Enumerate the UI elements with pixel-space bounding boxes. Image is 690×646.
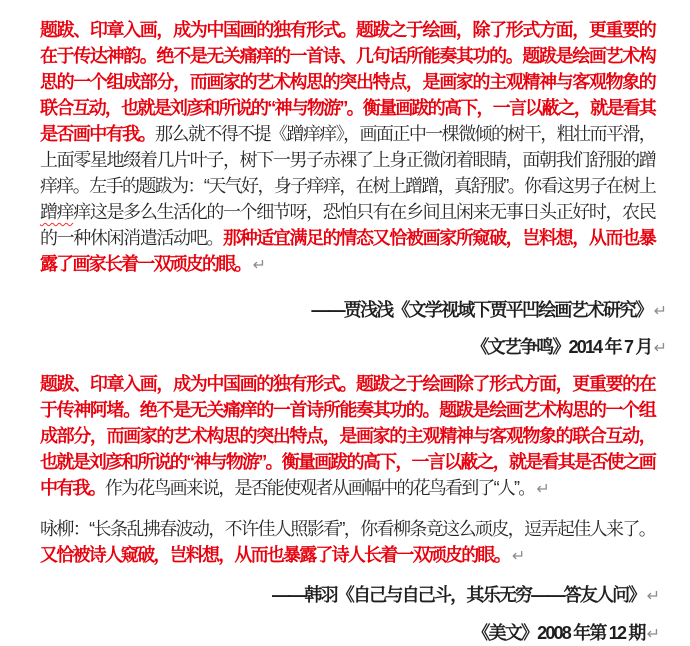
paragraph-mark-icon: ↵ <box>534 481 549 498</box>
paragraph-mark-icon: ↵ <box>652 340 667 357</box>
citation-source-line-2: 《美文》2008 年第 12 期↵ <box>40 620 660 646</box>
citation-text: ——贾浅浅《文学视域下贾平凹绘画艺术研究》 <box>311 300 651 320</box>
red-emphasis-run: 又恰被诗人窥破，岂料想，从而也暴露了诗人长着一双顽皮的眼。 <box>40 545 510 565</box>
paragraph-mark-icon: ↵ <box>510 548 525 565</box>
citation-author-line-2: ——韩羽《自己与自己斗，其乐无穷——答友人问》↵ <box>40 582 660 610</box>
paragraph-mark-icon: ↵ <box>645 626 660 643</box>
citation-text: 《文艺争鸣》2014 年 7 月 <box>471 337 651 357</box>
document-page: 题跋、印章入画，成为中国画的独有形式。题跋之于绘画，除了形式方面，更重要的在于传… <box>0 0 690 646</box>
paragraph-mark-icon: ↵ <box>645 588 660 605</box>
citation-text: 《美文》2008 年第 12 期 <box>472 623 644 643</box>
body-text-run: 咏柳：“长条乱拂春波动，不许佳人照影看”，你看柳条竟这么顽皮，逗弄起佳人来了。 <box>40 519 655 539</box>
paragraph-mark-icon: ↵ <box>251 257 266 274</box>
citation-source-line-1: 《文艺争鸣》2014 年 7 月↵ <box>40 334 667 362</box>
citation-text: ——韩羽《自己与自己斗，其乐无穷——答友人问》 <box>272 585 645 605</box>
paragraph-mark-icon: ↵ <box>652 303 667 320</box>
paragraph-painting-inscription-1: 题跋、印章入画，成为中国画的独有形式。题跋之于绘画，除了形式方面，更重要的在于传… <box>40 17 655 279</box>
paragraph-willow-poem: 咏柳：“长条乱拂春波动，不许佳人照影看”，你看柳条竟这么顽皮，逗弄起佳人来了。又… <box>40 516 655 570</box>
spellcheck-wavy-underline-text: 蹭痒 <box>40 202 73 222</box>
body-text-run: 作为花鸟画来说，是否能使观者从画幅中的花鸟看到了“人”。 <box>105 478 535 498</box>
paragraph-painting-inscription-2: 题跋、印章入画，成为中国画的独有形式。题跋之于绘画除了形式方面，更重要的在于传神… <box>40 371 655 503</box>
citation-author-line-1: ——贾浅浅《文学视域下贾平凹绘画艺术研究》↵ <box>40 297 667 325</box>
